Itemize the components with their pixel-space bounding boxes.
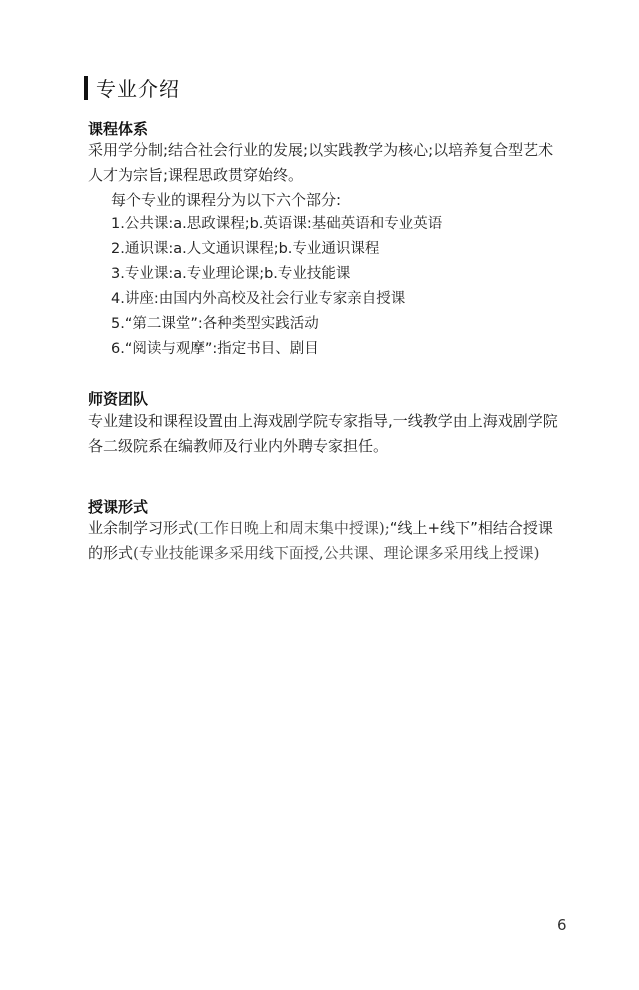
list-item: 2.通识课:a.人文通识课程;b.专业通识课程 [111, 237, 442, 262]
format-part-4: (专业技能课多采用线下面授,公共课、理论课多采用线上授课) [133, 544, 539, 562]
list-item: 1.公共课:a.思政课程;b.英语课:基础英语和专业英语 [111, 212, 442, 237]
list-item: 4.讲座:由国内外高校及社会行业专家亲自授课 [111, 287, 442, 312]
list-item: 5.“第二课堂”:各种类型实践活动 [111, 312, 442, 337]
format-part-1: 业余制学习形式 [88, 519, 193, 537]
format-part-2: (工作日晚上和周末集中授课); [193, 519, 390, 537]
curriculum-intro: 采用学分制;结合社会行业的发展;以实践教学为核心;以培养复合型艺术人才为宗旨;课… [88, 138, 558, 188]
teaching-format-heading: 授课形式 [88, 496, 148, 517]
curriculum-list: 1.公共课:a.思政课程;b.英语课:基础英语和专业英语 2.通识课:a.人文通… [111, 212, 442, 362]
faculty-text: 专业建设和课程设置由上海戏剧学院专家指导,一线教学由上海戏剧学院各二级院系在编教… [88, 409, 558, 459]
list-item: 3.专业课:a.专业理论课;b.专业技能课 [111, 262, 442, 287]
page-title: 专业介绍 [96, 73, 180, 102]
title-accent-bar [84, 76, 88, 100]
list-item: 6.“阅读与观摩”:指定书目、剧目 [111, 337, 442, 362]
page-number: 6 [557, 916, 567, 934]
curriculum-list-intro: 每个专业的课程分为以下六个部分: [111, 188, 581, 213]
faculty-heading: 师资团队 [88, 388, 148, 409]
teaching-format-text: 业余制学习形式(工作日晚上和周末集中授课);“线上+线下”相结合授课的形式(专业… [88, 516, 558, 566]
curriculum-heading: 课程体系 [88, 118, 148, 139]
section-title: 专业介绍 [84, 73, 180, 102]
